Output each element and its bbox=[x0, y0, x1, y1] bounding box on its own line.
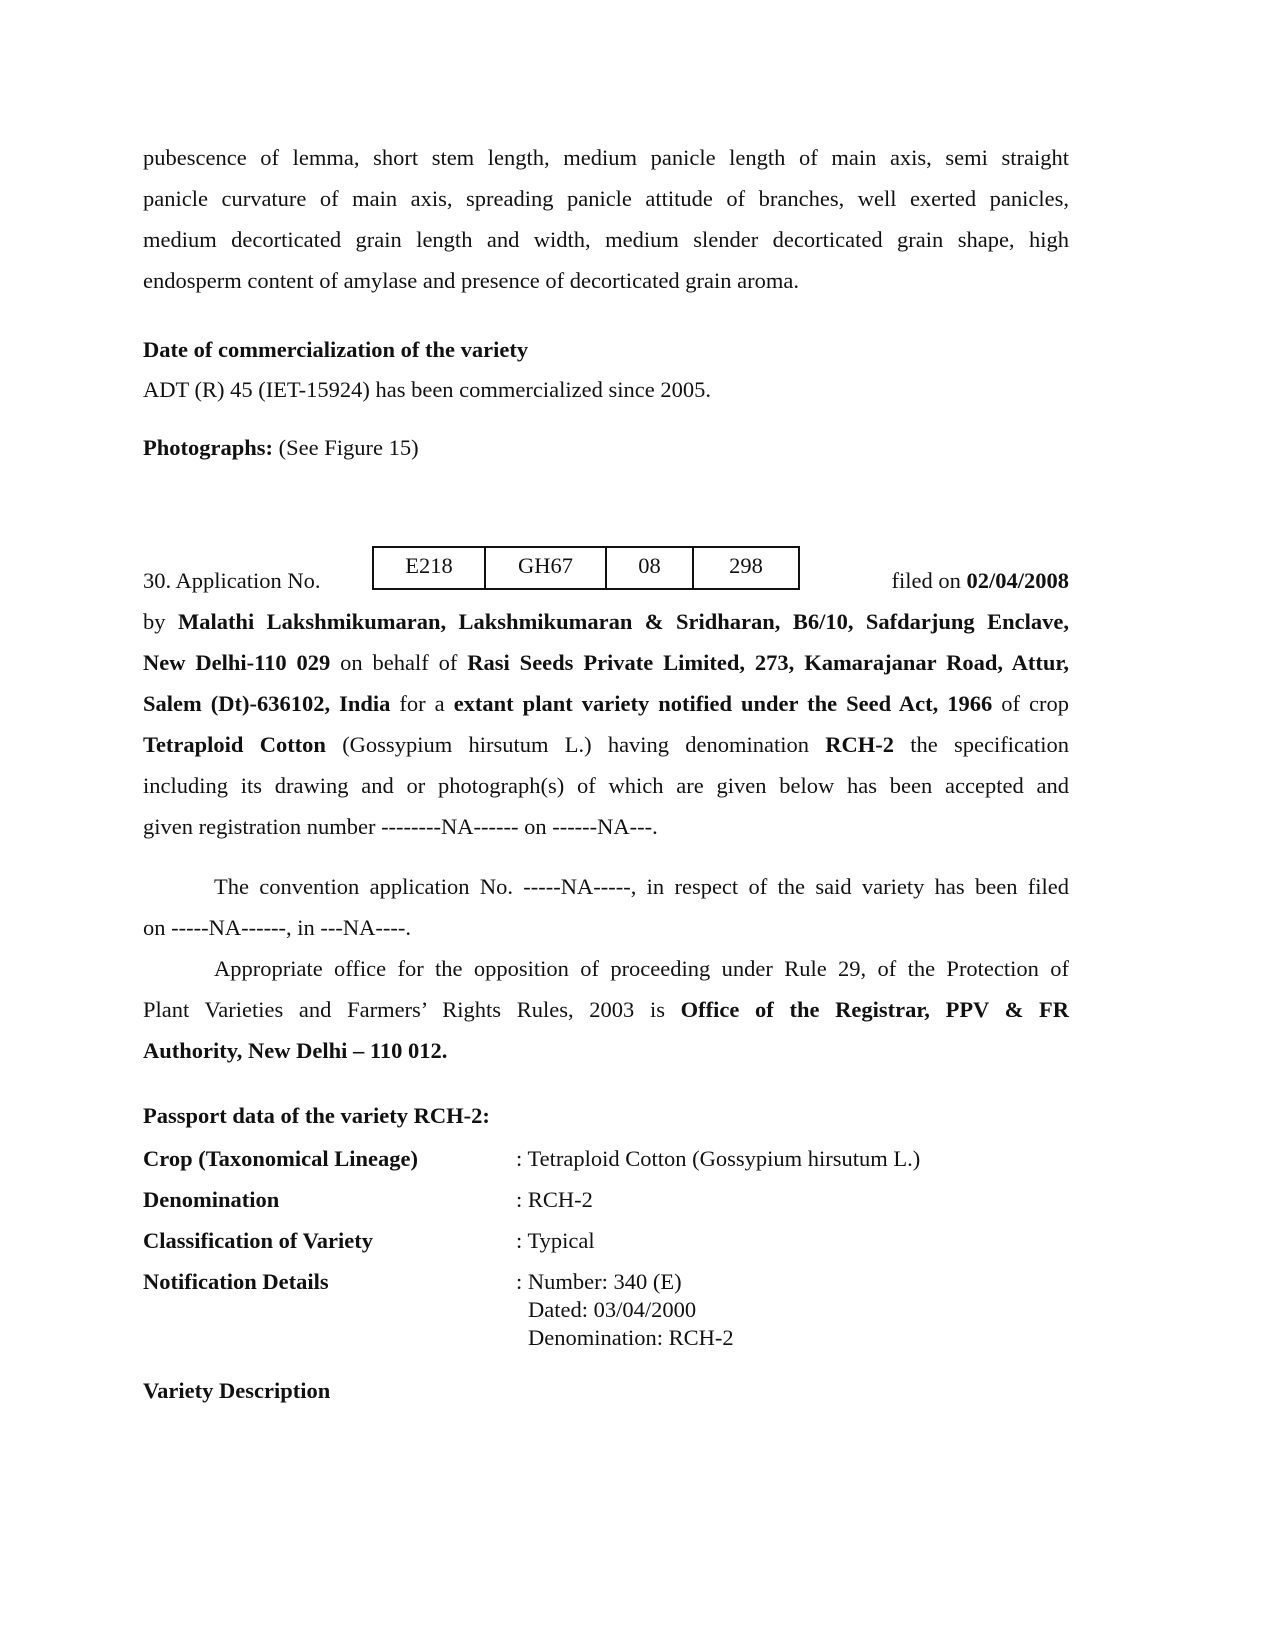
text: for a bbox=[390, 691, 453, 716]
passport-label-crop: Crop (Taxonomical Lineage) bbox=[143, 1146, 418, 1172]
variety-type: extant plant variety notified under the … bbox=[454, 691, 993, 716]
text: on behalf of bbox=[330, 650, 467, 675]
intro-line-2: panicle curvature of main axis, spreadin… bbox=[143, 188, 1069, 211]
intro-line-1: pubescence of lemma, short stem length, … bbox=[143, 147, 1069, 170]
application-box-1: E218 bbox=[374, 548, 486, 588]
text: by bbox=[143, 609, 178, 634]
convention-line-2: on -----NA------, in ---NA----. bbox=[143, 917, 411, 940]
company-location: Salem (Dt)-636102, India bbox=[143, 691, 390, 716]
office-name: Office of the Registrar, PPV & FR bbox=[681, 997, 1069, 1022]
passport-value-notification: : Number: 340 (E) bbox=[516, 1269, 682, 1295]
passport-heading: Passport data of the variety RCH-2: bbox=[143, 1105, 490, 1128]
application-box-3: 08 bbox=[607, 548, 694, 588]
passport-label-classification: Classification of Variety bbox=[143, 1228, 373, 1254]
photographs-label: Photographs: bbox=[143, 435, 273, 460]
application-prefix: 30. Application No. bbox=[143, 570, 320, 593]
photographs-line: Photographs: (See Figure 15) bbox=[143, 437, 419, 460]
filed-on-label: filed on bbox=[892, 568, 967, 593]
denomination: RCH-2 bbox=[825, 732, 894, 757]
company-name: Rasi Seeds Private Limited, 273, Kamaraj… bbox=[467, 650, 1069, 675]
notification-dated: Dated: 03/04/2000 bbox=[528, 1297, 696, 1323]
application-box-2: GH67 bbox=[486, 548, 607, 588]
commercialization-heading: Date of commercialization of the variety bbox=[143, 339, 528, 362]
main-line-4: Tetraploid Cotton (Gossypium hirsutum L.… bbox=[143, 734, 1069, 757]
passport-value-crop: : Tetraploid Cotton (Gossypium hirsutum … bbox=[516, 1146, 920, 1172]
passport-value-denomination: : RCH-2 bbox=[516, 1187, 593, 1213]
convention-line-1: The convention application No. -----NA--… bbox=[214, 876, 1069, 899]
variety-description-heading: Variety Description bbox=[143, 1380, 330, 1403]
applicant-name: Malathi Lakshmikumaran, Lakshmikumaran &… bbox=[178, 609, 1069, 634]
notification-denomination: Denomination: RCH-2 bbox=[528, 1325, 734, 1351]
filed-on: filed on 02/04/2008 bbox=[892, 570, 1070, 593]
crop-name: Tetraploid Cotton bbox=[143, 732, 326, 757]
text: Plant Varieties and Farmers’ Rights Rule… bbox=[143, 997, 681, 1022]
text: (Gossypium hirsutum L.) having denominat… bbox=[326, 732, 825, 757]
main-line-5: including its drawing and or photograph(… bbox=[143, 775, 1069, 798]
photographs-ref: (See Figure 15) bbox=[273, 435, 419, 460]
main-line-1: by Malathi Lakshmikumaran, Lakshmikumara… bbox=[143, 611, 1069, 634]
text: of crop bbox=[992, 691, 1069, 716]
passport-label-notification: Notification Details bbox=[143, 1269, 329, 1295]
intro-line-4: endosperm content of amylase and presenc… bbox=[143, 270, 799, 293]
intro-line-3: medium decorticated grain length and wid… bbox=[143, 229, 1069, 252]
filed-on-date: 02/04/2008 bbox=[966, 568, 1069, 593]
passport-label-denomination: Denomination bbox=[143, 1187, 279, 1213]
application-box-4: 298 bbox=[694, 548, 798, 588]
commercialization-text: ADT (R) 45 (IET-15924) has been commerci… bbox=[143, 379, 711, 402]
main-line-2: New Delhi-110 029 on behalf of Rasi Seed… bbox=[143, 652, 1069, 675]
opposition-line-1: Appropriate office for the opposition of… bbox=[214, 958, 1069, 981]
opposition-line-3: Authority, New Delhi – 110 012. bbox=[143, 1040, 447, 1063]
main-line-3: Salem (Dt)-636102, India for a extant pl… bbox=[143, 693, 1069, 716]
applicant-city: New Delhi-110 029 bbox=[143, 650, 330, 675]
application-number-boxes: E218 GH67 08 298 bbox=[372, 546, 800, 590]
opposition-line-2: Plant Varieties and Farmers’ Rights Rule… bbox=[143, 999, 1069, 1022]
main-line-6: given registration number --------NA----… bbox=[143, 816, 658, 839]
text: the specification bbox=[894, 732, 1069, 757]
passport-value-classification: : Typical bbox=[516, 1228, 595, 1254]
